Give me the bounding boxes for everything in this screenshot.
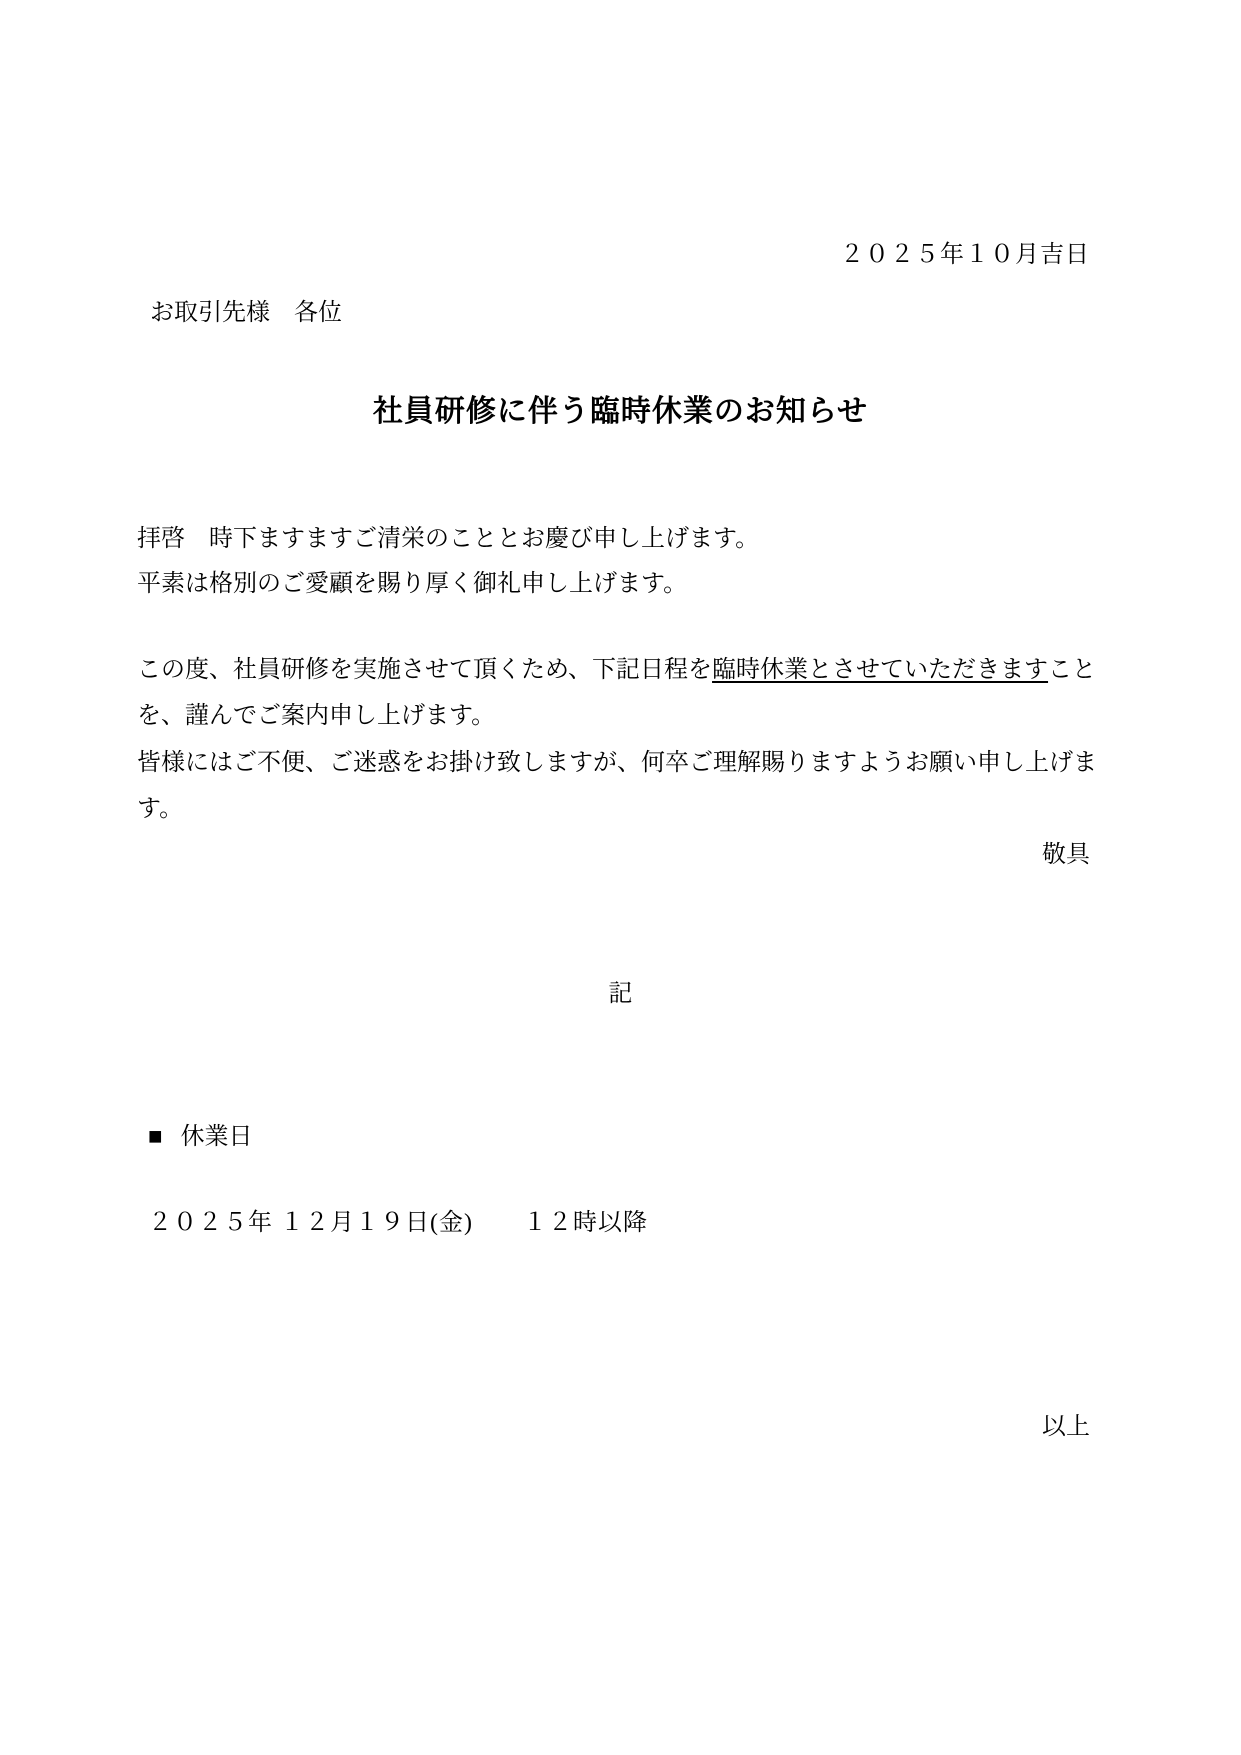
body-line-1-post: こと [1048, 657, 1096, 683]
body-line-1: この度、社員研修を実施させて頂くため、下記日程を臨時休業とさせていただきますこと [137, 655, 1096, 686]
greeting-line-1: 拝啓 時下ますますご清栄のこととお慶び申し上げます。 [137, 524, 759, 555]
closing-salutation: 敬具 [1042, 840, 1090, 871]
body-line-3: 皆様にはご不便、ご迷惑をお掛け致しますが、何卒ご理解賜りますようお願い申し上げま [137, 748, 1097, 779]
end-marker: 以上 [1042, 1412, 1090, 1443]
closure-datetime: ２０２５年 １２月１９日(金) １２時以降 [148, 1208, 648, 1239]
body-line-4: す。 [137, 794, 183, 825]
document-title: 社員研修に伴う臨時休業のお知らせ [0, 392, 1241, 431]
issue-date: ２０２５年１０月吉日 [840, 240, 1090, 271]
square-bullet-icon: ■ [148, 1124, 163, 1150]
body-line-1-pre: この度、社員研修を実施させて頂くため、下記日程を [137, 657, 712, 683]
body-line-2: を、謹んでご案内申し上げます。 [137, 701, 495, 732]
closure-section-heading: ■休業日 [148, 1122, 253, 1153]
recipient-line: お取引先様 各位 [150, 298, 342, 329]
greeting-line-2: 平素は格別のご愛顧を賜り厚く御礼申し上げます。 [137, 569, 687, 600]
closure-section-label: 休業日 [181, 1124, 253, 1150]
letter-document: ２０２５年１０月吉日 お取引先様 各位 社員研修に伴う臨時休業のお知らせ 拝啓 … [0, 0, 1241, 1755]
body-line-1-underlined: 臨時休業とさせていただきます [712, 657, 1048, 683]
record-heading: 記 [0, 979, 1241, 1010]
